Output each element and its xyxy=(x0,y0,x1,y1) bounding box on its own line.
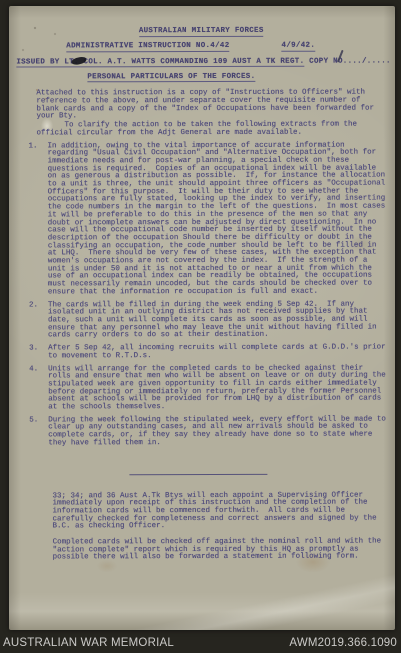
archive-id: AWM2019.366.1090 xyxy=(289,637,397,649)
numbered-item: 2. The cards will be filled in during th… xyxy=(29,301,386,340)
instruction-line: ADMINISTRATIVE INSTRUCTION NO.4/42 4/9/4… xyxy=(8,42,394,52)
numbered-item: 4. Units will arrange for the completed … xyxy=(29,365,386,412)
intro-paragraph: To clarify the action to be taken the fo… xyxy=(36,122,384,138)
item-text: During the week following the stipulated… xyxy=(48,416,386,448)
item-text: The cards will be filled in during the w… xyxy=(48,301,386,340)
document-content: AUSTRALIAN MILITARY FORCES ADMINISTRATIV… xyxy=(8,5,396,630)
archive-caption-bar: AUSTRALIAN WAR MEMORIAL AWM2019.366.1090 xyxy=(0,631,401,653)
closing-paragraph: 33; 34; and 36 Aust A.Tk Btys will each … xyxy=(52,492,383,531)
item-number: 2. xyxy=(29,302,41,341)
copy-number: COPY NO..../..... xyxy=(304,57,390,65)
subject-heading: PERSONAL PARTICULARS OF THE FORCES. xyxy=(87,72,255,82)
item-number: 4. xyxy=(29,366,41,412)
instruction-number: ADMINISTRATIVE INSTRUCTION NO.4/42 xyxy=(66,43,229,53)
document-body: Attached to this instruction is a copy o… xyxy=(8,90,395,563)
closing-paragraph: Completed cards will be checked off agai… xyxy=(53,539,384,563)
item-number: 5. xyxy=(29,417,41,448)
subject-heading-row: PERSONAL PARTICULARS OF THE FORCES. xyxy=(8,73,334,82)
item-text: Units will arrange for the completed car… xyxy=(48,365,386,412)
issuing-officer: ISSUED BY LT. COL. A.T. WATTS COMMANDING… xyxy=(16,58,304,68)
scan-background: AUSTRALIAN MILITARY FORCES ADMINISTRATIV… xyxy=(0,0,401,653)
document-page: AUSTRALIAN MILITARY FORCES ADMINISTRATIV… xyxy=(9,6,395,630)
section-divider xyxy=(129,473,267,474)
item-number: 1. xyxy=(29,143,41,297)
item-text: In addition, owing to the vital importan… xyxy=(48,142,386,297)
numbered-item: 1. In addition, owing to the vital impor… xyxy=(29,142,386,297)
document-title: AUSTRALIAN MILITARY FORCES xyxy=(139,27,264,37)
item-text: After 5 Sep 42, all incoming recruits wi… xyxy=(48,345,386,361)
document-date: 4/9/42. xyxy=(282,42,316,51)
numbered-item: 3. After 5 Sep 42, all incoming recruits… xyxy=(29,345,386,361)
archive-name: AUSTRALIAN WAR MEMORIAL xyxy=(3,637,174,649)
numbered-item: 5. During the week following the stipula… xyxy=(29,416,386,448)
item-number: 3. xyxy=(29,346,41,361)
intro-paragraph: Attached to this instruction is a copy o… xyxy=(36,90,384,122)
document-header: AUSTRALIAN MILITARY FORCES xyxy=(8,27,394,36)
